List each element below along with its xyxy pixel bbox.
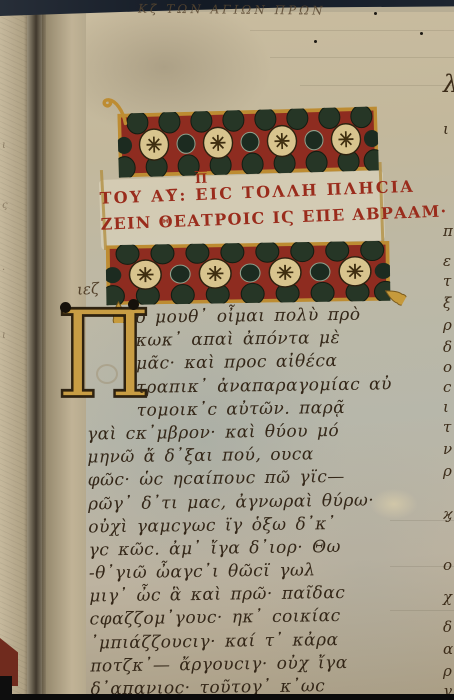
margin-fragment: λ [443, 70, 454, 98]
initial-knob [60, 302, 71, 313]
margin-fragment: ε [443, 252, 451, 270]
speck [420, 32, 423, 35]
margin-fragment: ξ [443, 294, 451, 312]
photo-bottom-edge [0, 694, 454, 700]
margin-fragment: ϗ [443, 505, 452, 523]
margin-fragment: ο [443, 556, 452, 574]
margin-fragment: δ [443, 338, 452, 356]
margin-fragment: τ [443, 418, 451, 436]
margin-fragment: ϲ [443, 378, 451, 396]
hook-finial-icon [101, 93, 130, 126]
initial-knob [128, 299, 139, 310]
margin-fragment: δ [443, 618, 452, 636]
margin-fragment: ν [443, 440, 452, 458]
margin-fragment: π [443, 222, 453, 240]
ruling-line [270, 57, 454, 58]
leaf-edge-mark: ι [2, 330, 6, 341]
interlace-pattern [117, 106, 379, 177]
margin-fragment: ρ [443, 662, 452, 680]
margin-fragment: τ [443, 272, 451, 290]
ruling-line [300, 85, 454, 86]
speck [314, 40, 317, 43]
margin-fragment: ι [443, 120, 449, 138]
previous-leaf-edge [0, 0, 27, 700]
leaf-edge-mark: ι [2, 140, 6, 151]
headpiece-upper-band [117, 106, 379, 177]
margin-fragment: χ [443, 588, 452, 606]
header-inscription: Κζ̑ ΤΩΝ ΑΓΙΩΝ ΠΡΩΝ [138, 2, 398, 19]
body-text: ο μουθ᾽ οἶμαι πολὺ πρὸ κωκ᾽ απαὶ ἀπόντα … [85, 304, 450, 700]
gutter-crease [24, 0, 46, 700]
rubric-abbreviation-mark: Π [195, 172, 208, 187]
ruling-line [250, 30, 454, 31]
leaf-edge-mark: · [2, 265, 5, 276]
manuscript-photo: Κζ̑ ΤΩΝ ΑΓΙΩΝ ΠΡΩΝ [0, 0, 454, 700]
margin-fragment: ο [443, 358, 452, 376]
margin-fragment: ρ [443, 316, 452, 334]
photo-corner-shadow [0, 676, 12, 700]
margin-fragment: ι [443, 398, 449, 416]
margin-fragment: ρ [443, 462, 452, 480]
margin-fragment: α [443, 640, 453, 658]
leaf-edge-mark: ς [2, 200, 8, 211]
